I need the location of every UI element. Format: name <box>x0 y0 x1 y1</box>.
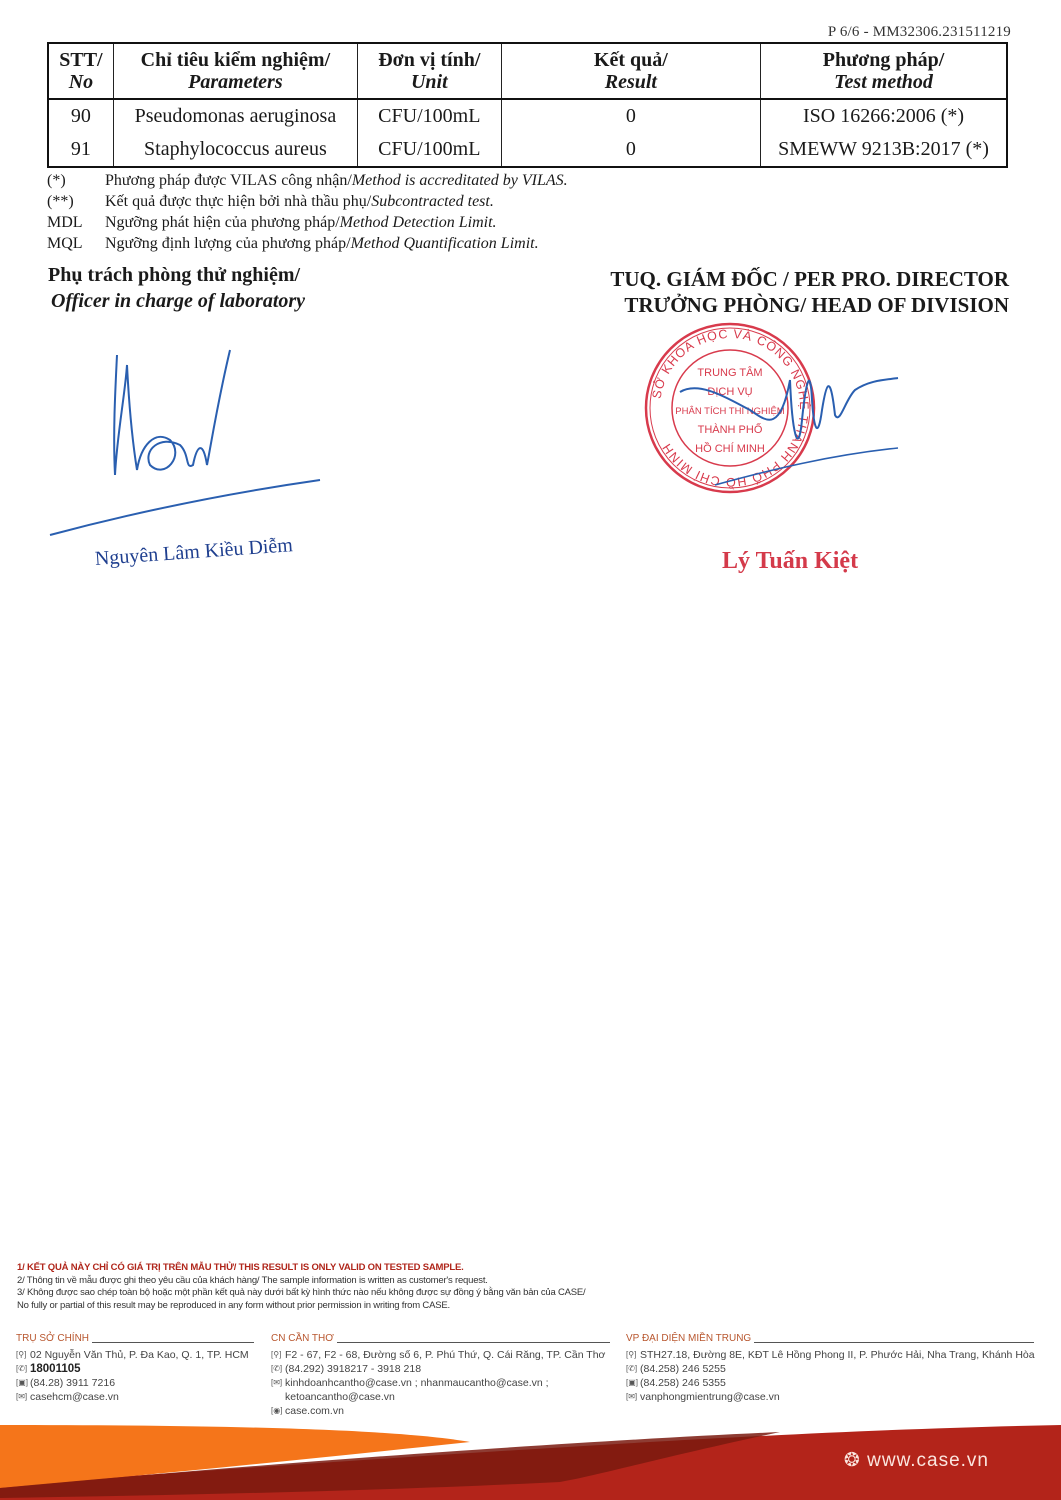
fax-icon: [▣] <box>16 1376 30 1390</box>
officer-title: Phụ trách phòng thử nghiệm/ Officer in c… <box>48 262 305 314</box>
results-table: STT/No Chỉ tiêu kiểm nghiệm/Parameters Đ… <box>47 42 1008 168</box>
cell-result: 0 <box>501 133 760 167</box>
phone-icon: [✆] <box>16 1362 30 1376</box>
director-name: Lý Tuấn Kiệt <box>722 548 858 575</box>
fax-icon: [▣] <box>626 1376 640 1390</box>
cell-unit: CFU/100mL <box>357 133 501 167</box>
globe-icon: ❂ <box>844 1450 867 1471</box>
header-unit: Đơn vị tính/Unit <box>357 43 501 99</box>
disclaimers: 1/ KẾT QUẢ NÀY CHỈ CÓ GIÁ TRỊ TRÊN MẪU T… <box>17 1262 585 1312</box>
header-no: STT/No <box>48 43 113 99</box>
table-header-row: STT/No Chỉ tiêu kiểm nghiệm/Parameters Đ… <box>48 43 1007 99</box>
cell-result: 0 <box>501 99 760 133</box>
header-parameters: Chỉ tiêu kiểm nghiệm/Parameters <box>113 43 357 99</box>
officer-signature <box>45 345 325 545</box>
cell-unit: CFU/100mL <box>357 99 501 133</box>
footnotes: (*)Phương pháp được VILAS công nhận/ Met… <box>47 170 568 254</box>
email-icon: [✉] <box>626 1390 640 1404</box>
office-can-tho: CN CẦN THƠ [⚲]F2 - 67, F2 - 68, Đường số… <box>271 1332 610 1418</box>
director-title: TUQ. GIÁM ĐỐC / PER PRO. DIRECTOR TRƯỞNG… <box>610 266 1009 318</box>
location-icon: [⚲] <box>626 1348 640 1362</box>
header-result: Kết quả/Result <box>501 43 760 99</box>
website-link[interactable]: ❂ www.case.vn <box>844 1449 989 1472</box>
footnote: MDLNgưỡng phát hiện của phương pháp/ Met… <box>47 212 568 233</box>
cell-parameter: Pseudomonas aeruginosa <box>113 99 357 133</box>
web-icon: [◉] <box>271 1404 285 1418</box>
office-central: VP ĐẠI DIỆN MIỀN TRUNG [⚲]STH27.18, Đườn… <box>626 1332 1034 1404</box>
header-method: Phương pháp/Test method <box>761 43 1007 99</box>
phone-icon: [✆] <box>626 1362 640 1376</box>
footnote: MQLNgưỡng định lượng của phương pháp/ Me… <box>47 233 568 254</box>
footnote: (**) Kết quả được thực hiện bởi nhà thầu… <box>47 191 568 212</box>
cell-no: 91 <box>48 133 113 167</box>
cell-method: ISO 16266:2006 (*) <box>761 99 1007 133</box>
phone-icon: [✆] <box>271 1362 285 1376</box>
cell-method: SMEWW 9213B:2017 (*) <box>761 133 1007 167</box>
office-head-office: TRỤ SỞ CHÍNH [⚲]02 Nguyễn Văn Thủ, P. Đa… <box>16 1332 254 1404</box>
table-row: 90 Pseudomonas aeruginosa CFU/100mL 0 IS… <box>48 99 1007 133</box>
footnote: (*)Phương pháp được VILAS công nhận/ Met… <box>47 170 568 191</box>
cell-parameter: Staphylococcus aureus <box>113 133 357 167</box>
location-icon: [⚲] <box>271 1348 285 1362</box>
email-icon: [✉] <box>16 1390 30 1404</box>
cell-no: 90 <box>48 99 113 133</box>
table-row: 91 Staphylococcus aureus CFU/100mL 0 SME… <box>48 133 1007 167</box>
email-icon: [✉] <box>271 1376 285 1390</box>
location-icon: [⚲] <box>16 1348 30 1362</box>
director-signature <box>640 320 900 520</box>
page-reference: P 6/6 - MM32306.231511219 <box>828 24 1011 41</box>
